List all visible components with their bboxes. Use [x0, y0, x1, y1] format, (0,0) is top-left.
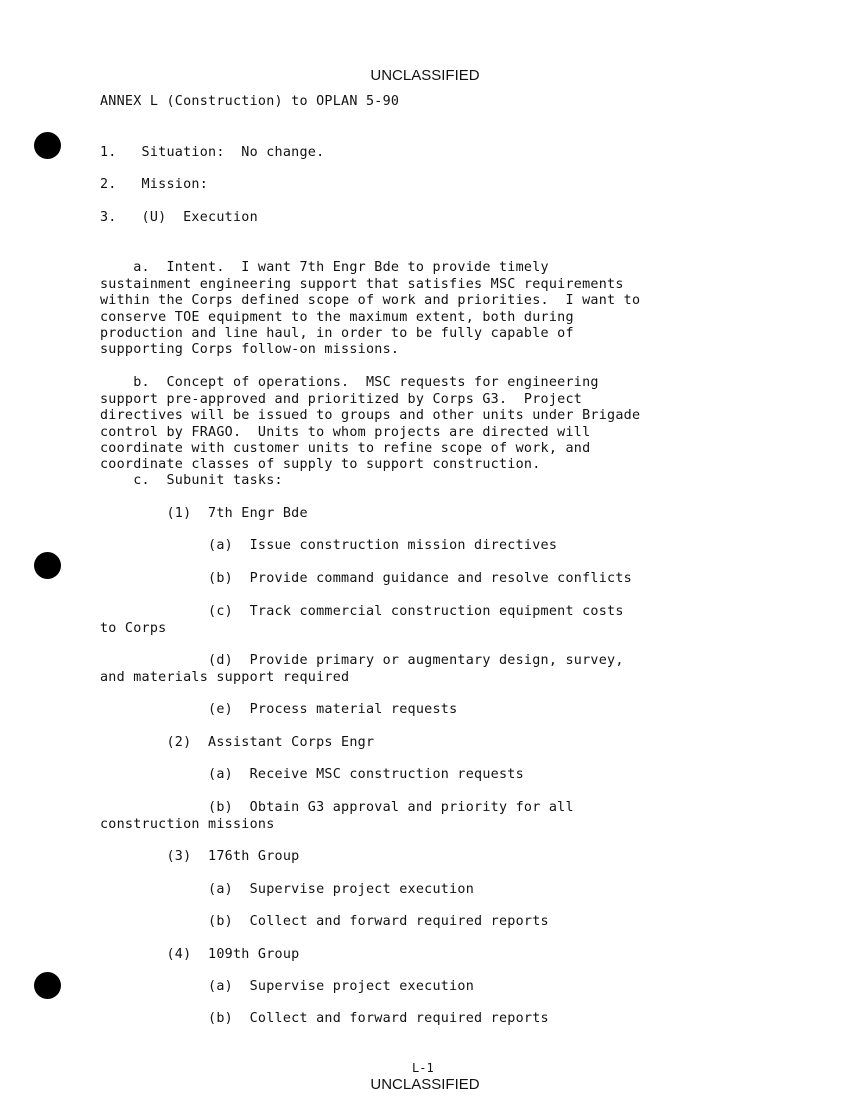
task-line: (1) 7th Engr Bde — [100, 506, 308, 522]
concept-line: directives will be issued to groups and … — [100, 408, 640, 424]
intent-line: supporting Corps follow-on missions. — [100, 342, 640, 358]
task-line: (4) 109th Group — [100, 947, 299, 963]
intent-line: conserve TOE equipment to the maximum ex… — [100, 310, 640, 326]
concept-line: control by FRAGO. Units to whom projects… — [100, 425, 640, 441]
task-line: (b) Collect and forward required reports — [100, 1011, 549, 1027]
concept-line: coordinate classes of supply to support … — [100, 457, 640, 473]
task-line: construction missions — [100, 817, 275, 833]
task-line: to Corps — [100, 621, 167, 637]
task-line: (2) Assistant Corps Engr — [100, 735, 374, 751]
annex-title: ANNEX L (Construction) to OPLAN 5-90 — [100, 94, 399, 110]
task-line: (3) 176th Group — [100, 849, 299, 865]
paragraph-subunit-tasks: c. Subunit tasks: — [100, 473, 283, 489]
task-line: (a) Supervise project execution — [100, 979, 474, 995]
paragraph-concept: b. Concept of operations. MSC requests f… — [100, 359, 640, 490]
concept-line: coordinate with customer units to refine… — [100, 441, 640, 457]
task-line: (b) Provide command guidance and resolve… — [100, 571, 632, 587]
task-line: (a) Supervise project execution — [100, 882, 474, 898]
classification-header: UNCLASSIFIED — [0, 67, 850, 84]
task-line: (c) Track commercial construction equipm… — [100, 604, 624, 620]
task-line: (d) Provide primary or augmentary design… — [100, 653, 624, 669]
paragraph-intent: a. Intent. I want 7th Engr Bde to provid… — [100, 244, 640, 375]
paragraph-mission: 2. Mission: — [100, 177, 208, 193]
task-line: and materials support required — [100, 670, 349, 686]
punch-hole-top — [34, 132, 61, 159]
concept-line: b. Concept of operations. MSC requests f… — [100, 375, 640, 391]
intent-line: within the Corps defined scope of work a… — [100, 293, 640, 309]
classification-footer: UNCLASSIFIED — [0, 1076, 850, 1093]
intent-line: a. Intent. I want 7th Engr Bde to provid… — [100, 260, 640, 276]
punch-hole-bottom — [34, 972, 61, 999]
concept-line: support pre-approved and prioritized by … — [100, 392, 640, 408]
paragraph-execution: 3. (U) Execution — [100, 210, 258, 226]
intent-line: production and line haul, in order to be… — [100, 326, 640, 342]
task-line: (a) Issue construction mission directive… — [100, 538, 557, 554]
punch-hole-middle — [34, 552, 61, 579]
paragraph-situation: 1. Situation: No change. — [100, 145, 324, 161]
intent-line: sustainment engineering support that sat… — [100, 277, 640, 293]
page-number: L-1 — [412, 1061, 434, 1075]
task-line: (a) Receive MSC construction requests — [100, 767, 524, 783]
task-line: (e) Process material requests — [100, 702, 457, 718]
task-line: (b) Obtain G3 approval and priority for … — [100, 800, 574, 816]
task-line: (b) Collect and forward required reports — [100, 914, 549, 930]
